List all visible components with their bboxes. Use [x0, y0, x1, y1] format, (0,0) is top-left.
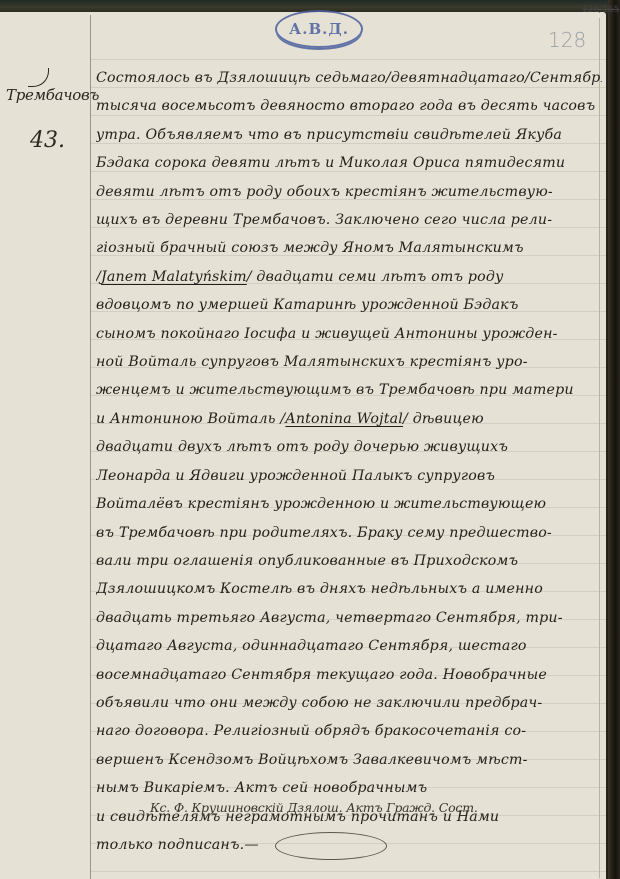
- entry-line: вдовцомъ по умершей Катаринѣ урожденной …: [96, 291, 602, 319]
- entry-line: женцемъ и жительствующимъ въ Трембачовѣ …: [96, 376, 602, 404]
- archive-stamp: А.В.Д.: [275, 10, 363, 48]
- entry-line: вали три оглашенія опубликованные въ При…: [96, 547, 602, 575]
- latin-name: Antonina Wojtal: [285, 411, 403, 427]
- entry-line: восемнадцатаго Сентября текущаго года. Н…: [96, 661, 602, 689]
- old-folio-number: 126/165: [582, 6, 619, 15]
- entry-line: дцатаго Августа, одиннадцатаго Сентября,…: [96, 632, 602, 660]
- margin-rule: [90, 15, 91, 879]
- entry-line: тысяча восемьсотъ девяносто втораго года…: [96, 92, 602, 120]
- entry-line: Леонарда и Ядвиги урожденной Палыкъ супр…: [96, 462, 602, 490]
- entry-line: Бэдака сорока девяти лѣтъ и Миколая Орис…: [96, 149, 602, 177]
- entry-text: Состоялось въ Дзялошицѣ седьмаго/девятна…: [96, 64, 602, 859]
- margin-place-name: Трембачовъ: [6, 86, 99, 104]
- folio-number: 128: [548, 28, 586, 52]
- entry-line: сыномъ покойнаго Іосифа и живущей Антони…: [96, 320, 602, 348]
- entry-line: девяти лѣтъ отъ роду обоихъ крестіянъ жи…: [96, 178, 602, 206]
- entry-line: и Антониною Войталь /Antonina Wojtal/ дѣ…: [96, 405, 602, 433]
- document-scan: А.В.Д. 128 126/165 Трембачовъ 43. Состоя…: [0, 0, 620, 879]
- entry-line: двадцати двухъ лѣтъ отъ роду дочерью жив…: [96, 433, 602, 461]
- page-edge-marks: [606, 560, 610, 860]
- latin-name: Janem Malatyńskim: [101, 269, 247, 285]
- entry-line: щихъ въ деревни Трембачовъ. Заключено се…: [96, 206, 602, 234]
- entry-line: /Janem Malatyńskim/ двадцати семи лѣтъ о…: [96, 263, 602, 291]
- entry-line: нымъ Викаріемъ. Актъ сей новобрачнымъ: [96, 774, 602, 802]
- entry-line: гіозный брачный союзъ между Яномъ Маляты…: [96, 234, 602, 262]
- entry-line: утра. Объявляемъ что въ присутствіи свид…: [96, 121, 602, 149]
- entry-line: Дзялошицкомъ Костелѣ въ дняхъ недѣльныхъ…: [96, 575, 602, 603]
- entry-line: въ Трембачовѣ при родителяхъ. Браку сему…: [96, 519, 602, 547]
- entry-line: Войталёвъ крестіянъ урожденною и жительс…: [96, 490, 602, 518]
- entry-line: наго договора. Религіозный обрядъ бракос…: [96, 717, 602, 745]
- entry-line: Состоялось въ Дзялошицѣ седьмаго/девятна…: [96, 64, 602, 92]
- signature-flourish: [275, 832, 387, 860]
- entry-line: ной Войталь супруговъ Малятынскихъ крест…: [96, 348, 602, 376]
- entry-line: объявили что они между собою не заключил…: [96, 689, 602, 717]
- entry-number: 43.: [30, 128, 65, 153]
- entry-line: вершенъ Ксендзомъ Войцѣхомъ Завалкевичом…: [96, 746, 602, 774]
- entry-line: двадцать третьяго Августа, четвертаго Се…: [96, 604, 602, 632]
